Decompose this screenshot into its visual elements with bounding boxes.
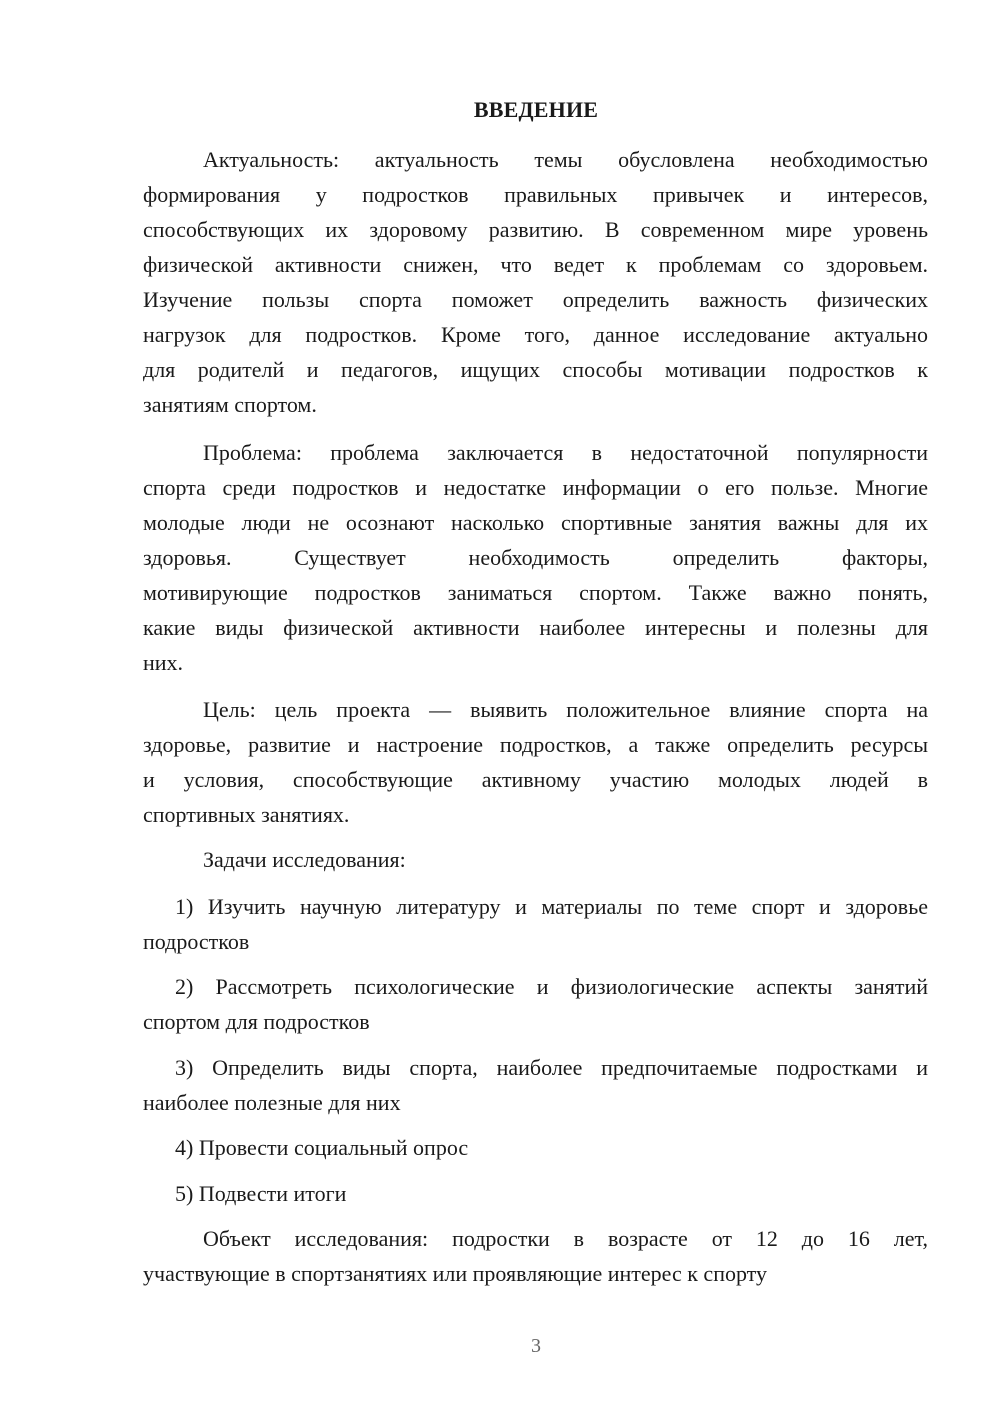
text-line: Изучение пользы спорта поможет определит… xyxy=(143,282,928,317)
text-line: спорта среди подростков и недостатке инф… xyxy=(143,470,928,505)
text-line: 5) Подвести итоги xyxy=(143,1176,928,1211)
text-line: Цель: цель проекта — выявить положительн… xyxy=(143,692,928,727)
task-item-1: 1) Изучить научную литературу и материал… xyxy=(143,889,928,959)
text-line: подростков xyxy=(143,924,928,959)
text-line: 2) Рассмотреть психологические и физиоло… xyxy=(143,969,928,1004)
text-line: формирования у подростков правильных при… xyxy=(143,177,928,212)
text-line: 1) Изучить научную литературу и материал… xyxy=(143,889,928,924)
paragraph-problem: Проблема: проблема заключается в недоста… xyxy=(143,435,928,680)
text-line: 3) Определить виды спорта, наиболее пред… xyxy=(143,1050,928,1085)
text-line: молодые люди не осознают насколько спорт… xyxy=(143,505,928,540)
text-line: и условия, способствующие активному учас… xyxy=(143,762,928,797)
text-line: физической активности снижен, что ведет … xyxy=(143,247,928,282)
document-page: ВВЕДЕНИЕ Актуальность: актуальность темы… xyxy=(0,0,1000,1414)
paragraph-goal: Цель: цель проекта — выявить положительн… xyxy=(143,692,928,832)
text-line: спортом для подростков xyxy=(143,1004,928,1039)
text-line: здоровье, развитие и настроение подростк… xyxy=(143,727,928,762)
text-line: 4) Провести социальный опрос xyxy=(143,1130,928,1165)
text-line: Проблема: проблема заключается в недоста… xyxy=(143,435,928,470)
task-item-5: 5) Подвести итоги xyxy=(143,1176,928,1211)
text-line: спортивных занятиях. xyxy=(143,797,928,832)
text-line: наиболее полезные для них xyxy=(143,1085,928,1120)
text-line: здоровья. Существует необходимость опред… xyxy=(143,540,928,575)
page-title: ВВЕДЕНИЕ xyxy=(0,96,1000,124)
text-line: них. xyxy=(143,645,928,680)
task-item-2: 2) Рассмотреть психологические и физиоло… xyxy=(143,969,928,1039)
text-line: способствующих их здоровому развитию. В … xyxy=(143,212,928,247)
task-item-4: 4) Провести социальный опрос xyxy=(143,1130,928,1165)
task-item-3: 3) Определить виды спорта, наиболее пред… xyxy=(143,1050,928,1120)
text-line: Объект исследования: подростки в возраст… xyxy=(143,1221,928,1256)
text-line: занятиям спортом. xyxy=(143,387,928,422)
text-line: Актуальность: актуальность темы обусловл… xyxy=(143,142,928,177)
text-line: участвующие в спортзанятиях или проявляю… xyxy=(143,1256,928,1291)
text-line: нагрузок для подростков. Кроме того, дан… xyxy=(143,317,928,352)
text-line: Задачи исследования: xyxy=(143,842,928,877)
tasks-heading: Задачи исследования: xyxy=(143,842,928,877)
page-number: 3 xyxy=(0,1334,1000,1358)
text-line: для родителй и педагогов, ищущих способы… xyxy=(143,352,928,387)
text-line: какие виды физической активности наиболе… xyxy=(143,610,928,645)
text-line: мотивирующие подростков заниматься спорт… xyxy=(143,575,928,610)
paragraph-relevance: Актуальность: актуальность темы обусловл… xyxy=(143,142,928,422)
paragraph-object: Объект исследования: подростки в возраст… xyxy=(143,1221,928,1291)
